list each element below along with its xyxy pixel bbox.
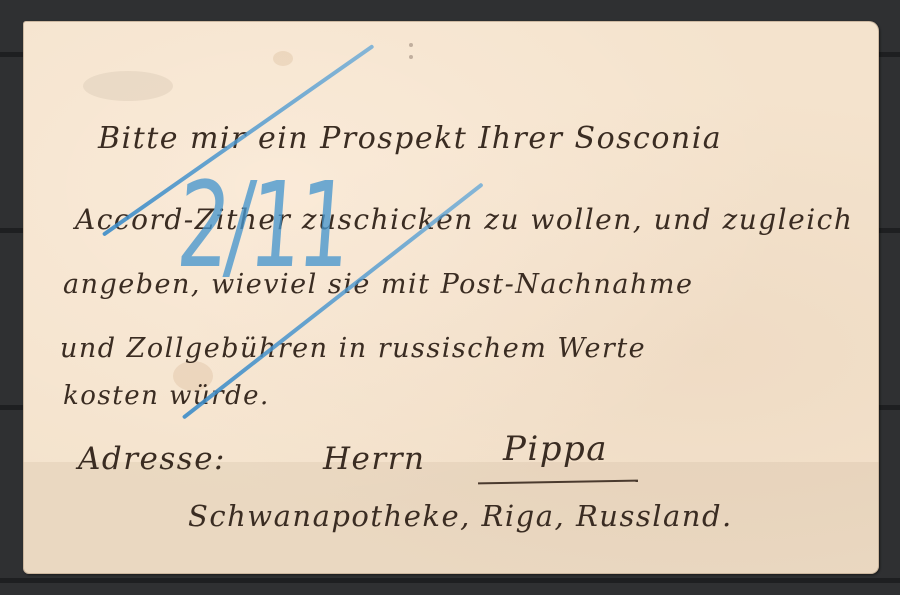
foxing-stain [83, 71, 173, 101]
message-line-4: und Zollgebühren in russischem Werte [60, 333, 646, 364]
album-rail-bottom [0, 578, 900, 583]
message-line-5: kosten würde. [63, 381, 270, 411]
message-line-3: angeben, wieviel sie mit Post-Nachnahme [63, 269, 693, 300]
address-label: Adresse: [78, 441, 226, 477]
address-street: Schwanapotheke, Riga, Russland. [188, 499, 733, 533]
postcard: Bitte mir ein Prospekt Ihrer Sosconia Ac… [23, 21, 879, 574]
blue-pencil-number: 2/11 [173, 156, 352, 294]
foxing-stain [273, 51, 293, 66]
address-recipient-name: Pippa [503, 429, 608, 469]
message-line-1: Bitte mir ein Prospekt Ihrer Sosconia [98, 121, 722, 156]
address-recipient-prefix: Herrn [323, 441, 425, 477]
scan-background: Bitte mir ein Prospekt Ihrer Sosconia Ac… [0, 0, 900, 595]
punch-marks [409, 43, 415, 69]
